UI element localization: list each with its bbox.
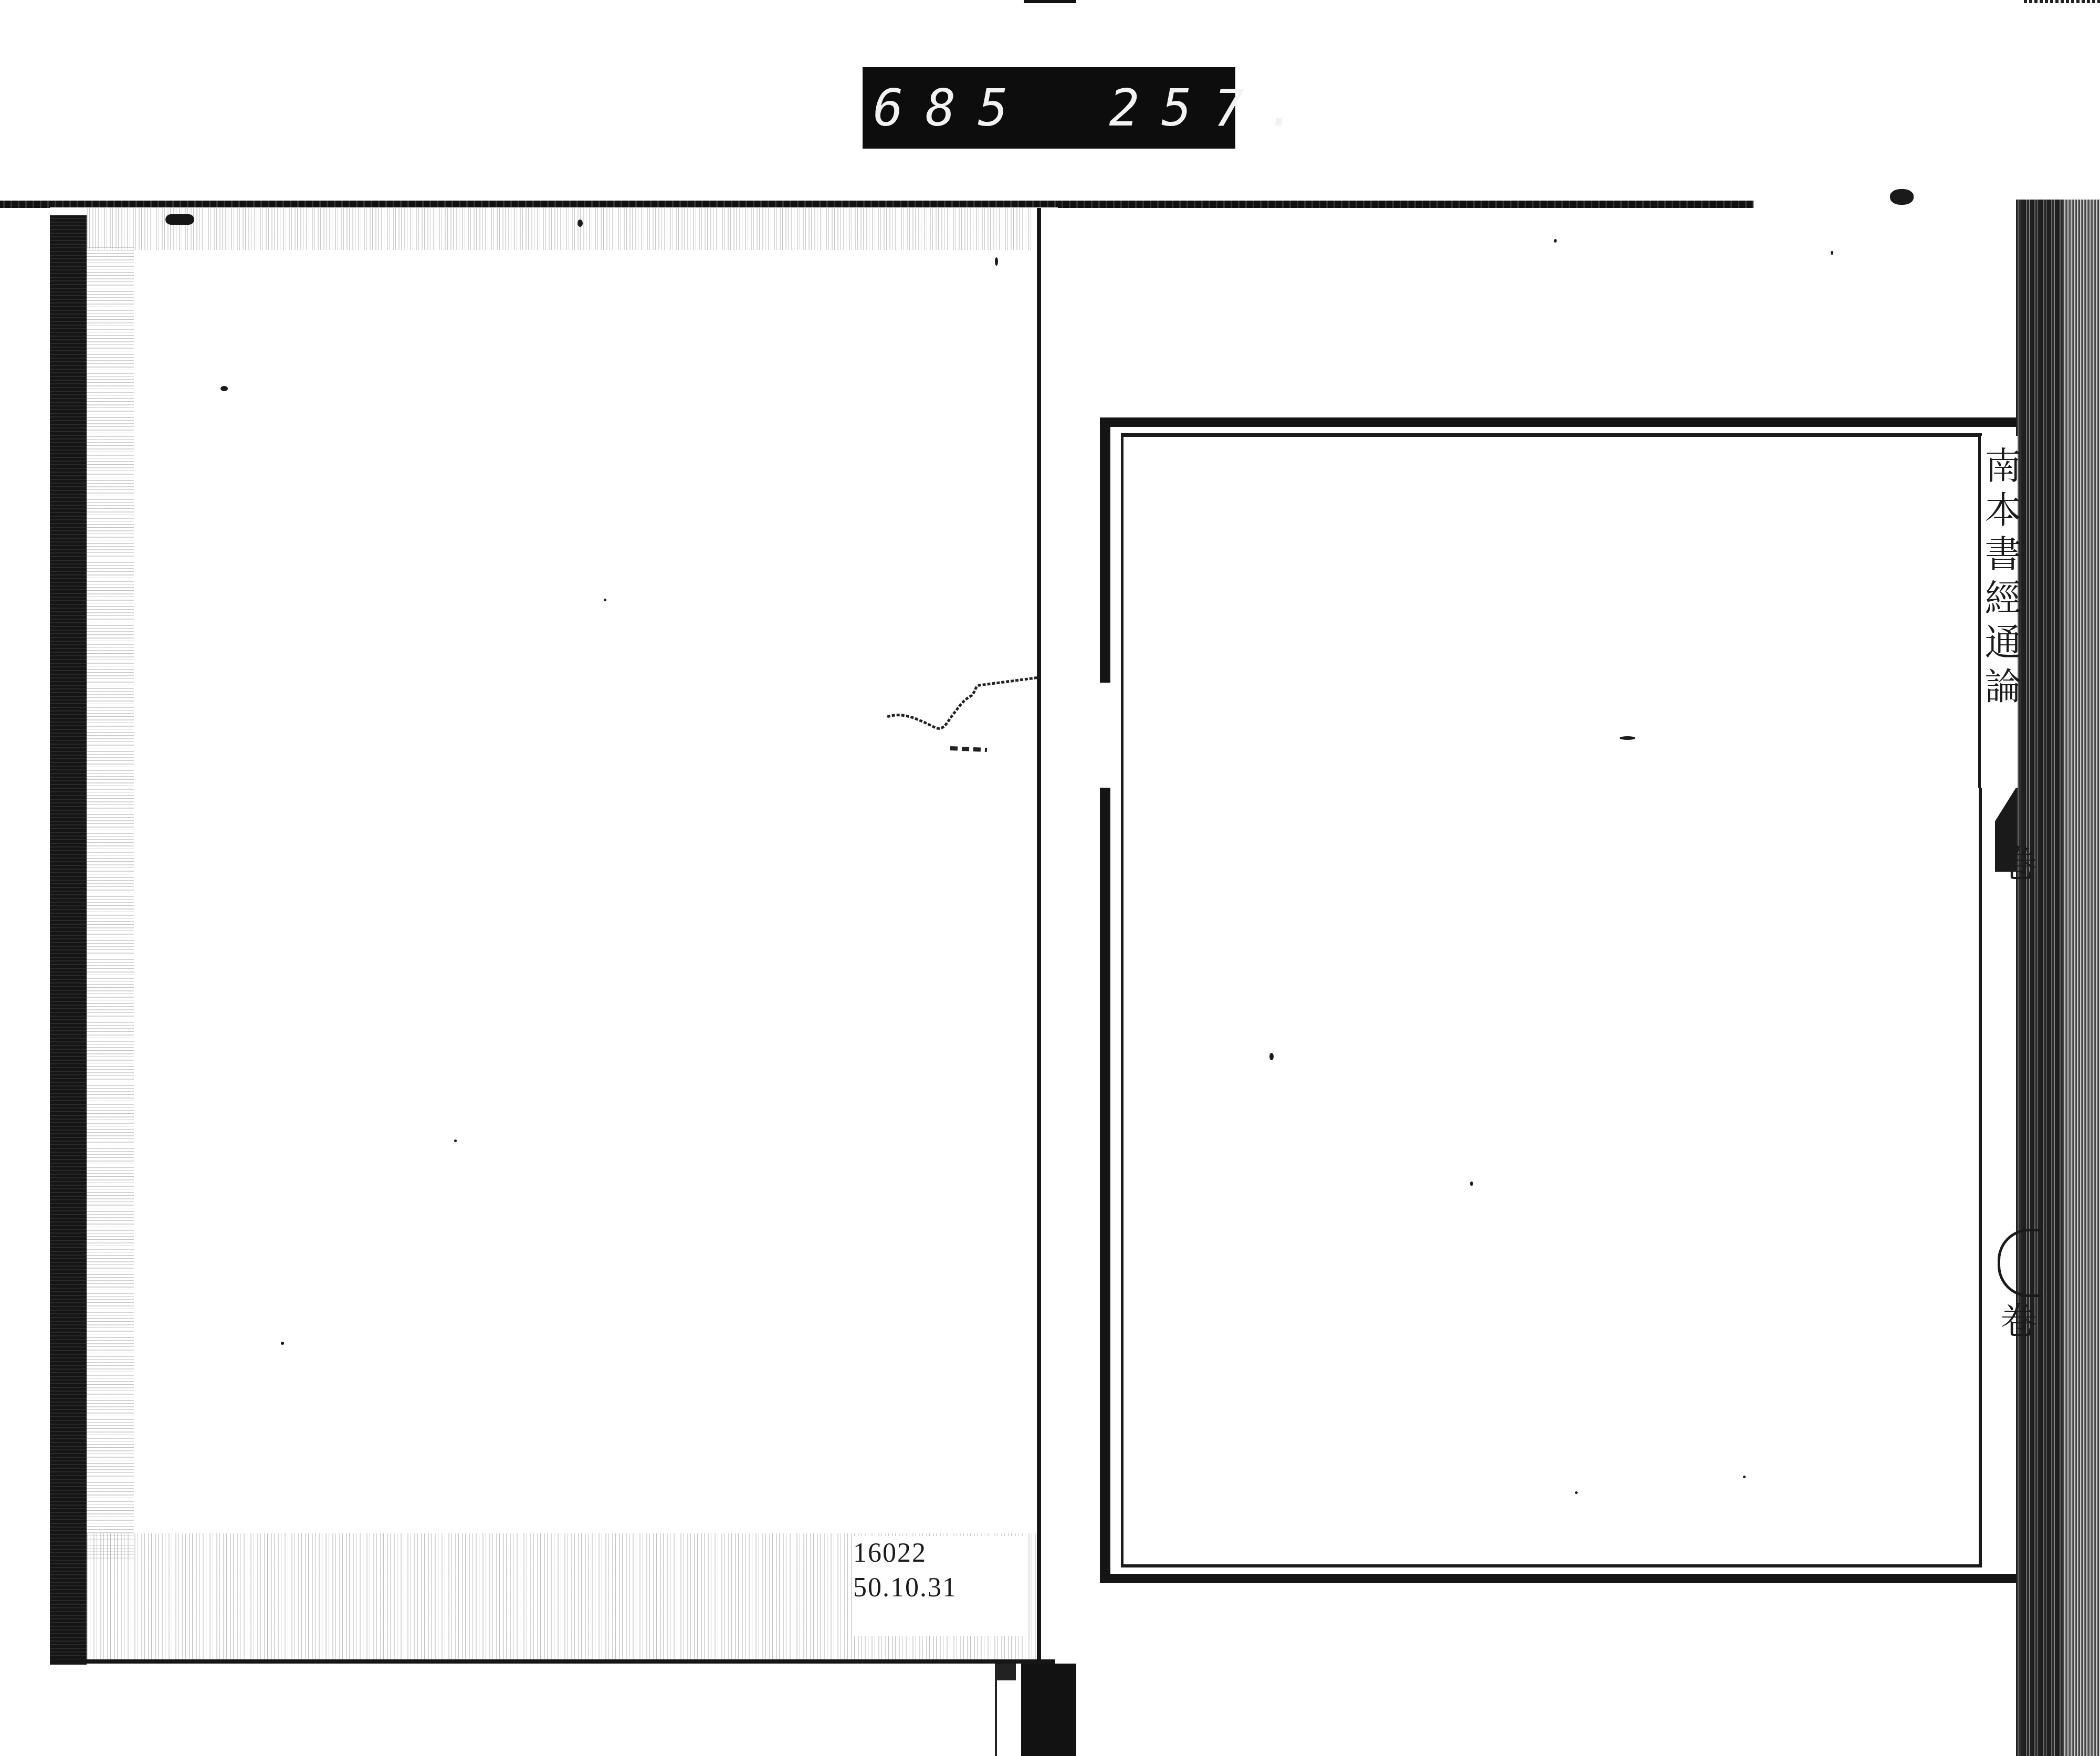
accession-number: 16022	[853, 1536, 1026, 1571]
accession-date: 50.10.31	[853, 1571, 1026, 1605]
microfilm-frame-label: 685 257.	[863, 67, 1235, 149]
bottom-film-marker	[1021, 1664, 1076, 1756]
frame-image-number: 257.	[1109, 79, 1318, 138]
left-page-grain-side	[87, 247, 134, 1560]
cover-title: 南本書經通論	[1979, 446, 2021, 711]
left-page-bottom-edge	[50, 1659, 1055, 1664]
left-page-grain-top	[87, 208, 1032, 250]
volume-marker-lower: 卷	[2000, 1292, 2037, 1345]
binding-tab	[165, 214, 194, 225]
bottom-guide-tab	[995, 1664, 1016, 1680]
book-spine-shadow	[2063, 200, 2100, 1756]
cover-frame-break	[1100, 683, 1110, 788]
cover-inner-frame	[1121, 433, 1982, 1567]
film-edge-marks	[2024, 0, 2100, 3]
ink-blot-icon	[1890, 189, 1914, 205]
frame-reel-number: 685	[873, 79, 1030, 138]
library-stamp: 16022 50.10.31	[853, 1536, 1026, 1636]
left-binding-edge	[50, 215, 87, 1665]
left-page	[50, 207, 1058, 1662]
spread-top-gap	[1753, 201, 2016, 208]
volume-marker-upper: 卷	[2000, 835, 2037, 888]
film-top-marker	[1024, 0, 1076, 3]
squiggle-icon	[882, 662, 1055, 767]
center-fold-line	[1037, 208, 1041, 1668]
